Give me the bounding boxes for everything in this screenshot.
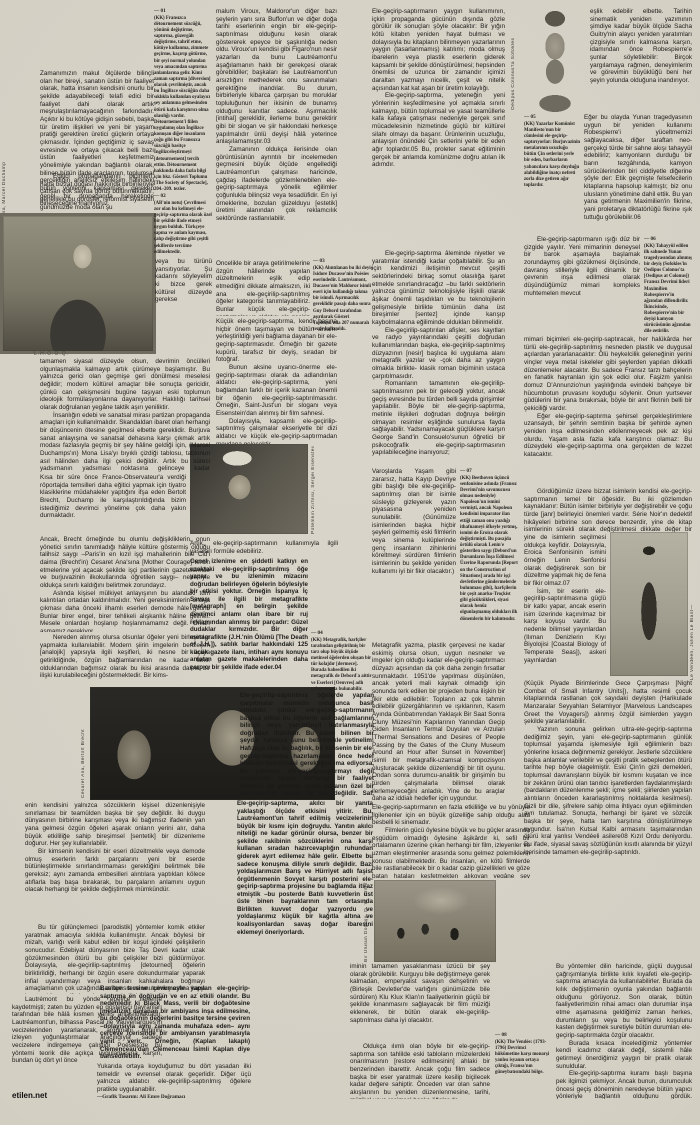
footnote-04: — 04(KK) Metagrafik, harfçiler tarafında… [311,630,373,692]
column-c-paragraph-8b: iminin tamamen yasaklanması üzücü bir şe… [350,963,490,1041]
caption-sophocles: Oedipus Colonus'ta Sofokles [511,10,516,110]
column-b-paragraphs-1-2: malum Viroux, Maldoror'un diğer bazı şey… [216,8,337,258]
footnote-07: — 07(KK) Beethoven üçüncü senfonisine as… [460,468,518,640]
column-a-paragraph-5b-6: enin kendisini yalnızca sözcüklerin kişi… [25,802,205,922]
column-a-paragraph-5a: Nereden alınmış olursa olsunlar öğeler y… [40,634,210,686]
column-d-paragraphs-4b-5a: yine de isimlerin seçilmesi oldukça keyf… [524,534,606,676]
footnote-05: — 05(KK) Yazarlar Komünist Manifesto'nun… [524,114,581,232]
law-3: Ele-geçirip-saptırma, akılcı bir yanıta … [237,800,373,962]
column-d-paragraphs-2b-3: mimari biçimleri ele-geçirip-saptıracak,… [524,336,692,486]
image-sophocles-bust [522,6,588,112]
column-c-paragraph-6: Metagrafik yazma, plastik çerçevesi ne k… [372,642,505,802]
footnote-02: — 02(AB'nin notu) Çevrilmesi zor olan bu… [154,193,212,255]
column-d-paragraph-1a: eşlik edebilir elbette. Tarihin sinemati… [590,8,692,112]
caption-lhooq-label: L.H.O.O.Q. [34,351,69,357]
footnote-08: — 08(KK) The Vendée: (1793-1796) Devrimc… [495,1032,551,1098]
caption-le-vendeen: Le Vendéen, Julien Le Blant— [690,540,695,680]
footnote-01: — 01(KK) Fransızca détournement sözcüğü,… [154,8,212,190]
column-b-paragraph-3: Öncelikle bir araya getirilmelerine özgü… [216,260,310,316]
column-a-paragraph-3b: Kısa bir süre önce France-Observateur'a … [40,474,186,534]
image-le-vendeen [610,532,688,676]
law-2: Ele-geçirilip-saptırılmış öğelerde yapıl… [240,692,374,798]
column-c-paragraphs-3-4-5a: Ele-geçirip-saptırma âleminde niyetler v… [372,250,505,462]
column-c-paragraph-9: Oldukça ılımlı olan böyle bir ele-geçiri… [350,1043,490,1099]
column-b-paragraphs-4-5-6: Küçük ele-geçirip-saptırma, kendi başına… [216,318,337,444]
column-a-paragraph-2c-3a: tamamen siyasal düzeyde olsun, devrimin … [40,358,210,472]
laws-outro: Yukarıda ortaya koyduğumuz bu dört yasad… [97,1063,251,1093]
caption-potemkin: Potemkin Zırhlısı, Sergei Eisenstein [311,446,316,534]
footnote-06: — 06(KK) Tahayyül edilen ilk sahnede Yun… [644,236,692,332]
column-b-paragraph-7: Artık, ele-geçirip-saptırmanın kullanımı… [190,540,338,556]
image-mona-lisa [0,213,156,354]
column-d-closing-paragraphs: Bu yöntemler dilin haricinde, güçlü duyg… [556,963,692,1099]
magazine-page: { "meta": { "site": "etilen.net", "credi… [0,0,700,1125]
column-d-paragraph-4a: Gördüğümüz üzere bizzat isimlerin kendis… [524,488,692,532]
caption-mother-courage: Cesaret Ana, Bertolt Brecht [81,690,86,798]
law-1: Genel izlenime en şiddetli katkıyı en uz… [190,558,308,688]
column-d-paragraph-1b: Eğer bu olayda Yunan tragedyasının uygun… [584,114,692,234]
column-a-paragraph-2b: veya bu türünü yansıtıyorlar. Şu kadarın… [155,258,212,354]
design-credit: —Grafik Tasarım: Ali Emre Doğramacı [97,1094,185,1100]
column-d-paragraph-2a: Ele-geçirip-saptırmanın ışığı düz bir çi… [524,236,640,334]
column-c-paragraphs-1-2: Ele-geçirip-saptırmanın yaygın kullanımı… [372,8,505,248]
column-c-paragraph-5b: Varoşlarda Yaşam gibi zararsız, hatta Ka… [372,468,456,640]
image-birth-of-a-nation [374,880,496,962]
column-a-paragraph-7: Bu tür gülünçlemeci [parodistik] yönteml… [25,924,205,994]
column-d-paragraphs-5b-6: (Küçük Piyade Birimlerinde Gece Çarpışma… [524,680,692,960]
column-a-paragraph-2a: Eğitici propagandanın biçimleri, hatta b… [40,173,154,213]
column-a-paragraph-3c-4: Ancak, Brecht örneğinde bu olumlu değişi… [40,536,210,632]
publisher-logo: etilen.net [12,1091,47,1100]
law-4: Basitçe tersine çevirmeyle yapılan ele-g… [100,985,250,1061]
column-c-paragraphs-7-8a: Ele-geçirip-saptırmanın en fazla etkilil… [372,804,530,878]
